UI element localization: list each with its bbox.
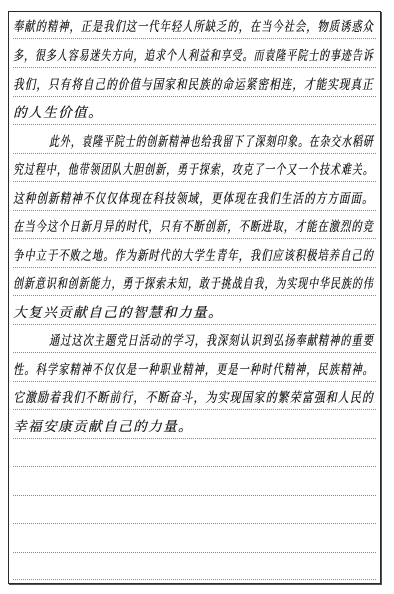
text-line: 的人生价值。 — [13, 102, 376, 125]
line-text: 通过这次主题党日活动的学习，我深刻认识到弘扬奉献精神的重要 — [49, 330, 374, 352]
line-text: 究过程中，他带领团队大胆创新，勇于探索，攻克了一个又一个技术难关。 — [13, 159, 374, 181]
text-line: 性。科学家精神不仅仅是一种职业精神，更是一种时代精神，民族精神。 — [13, 359, 376, 382]
text-line: 究过程中，他带领团队大胆创新，勇于探索，攻克了一个又一个技术难关。 — [13, 159, 376, 182]
line-text: 这种创新精神不仅仅体现在科技领域，更体现在我们生活的方方面面。 — [13, 188, 374, 210]
text-line: 幸福安康贡献自己的力量。 — [13, 416, 376, 439]
line-text: 幸福安康贡献自己的力量。 — [13, 416, 193, 438]
line-text: 创新意识和创新能力，勇于探索未知，敢于挑战自我，为实现中华民族的伟 — [13, 273, 374, 295]
line-text: 它激励着我们不断前行，不断奋斗，为实现国家的繁荣富强和人民的 — [13, 387, 374, 409]
empty-ruled-line — [13, 501, 376, 524]
line-text: 的人生价值。 — [13, 102, 103, 124]
line-text: 我们，只有将自己的价值与国家和民族的命运紧密相连，才能实现真正 — [13, 74, 374, 96]
text-line: 创新意识和创新能力，勇于探索未知，敢于挑战自我，为实现中华民族的伟 — [13, 273, 376, 296]
text-line: 此外，袁隆平院士的创新精神也给我留下了深刻印象。在杂交水稻研 — [13, 131, 376, 154]
text-line: 它激励着我们不断前行，不断奋斗，为实现国家的繁荣富强和人民的 — [13, 387, 376, 410]
text-line: 大复兴贡献自己的智慧和力量。 — [13, 302, 376, 325]
line-text: 大复兴贡献自己的智慧和力量。 — [13, 302, 223, 324]
empty-ruled-line — [13, 473, 376, 496]
empty-ruled-line — [13, 557, 376, 580]
text-line: 在当今这个日新月异的时代，只有不断创新，不断进取，才能在激烈的竞 — [13, 216, 376, 239]
line-text: 在当今这个日新月异的时代，只有不断创新，不断进取，才能在激烈的竞 — [13, 216, 374, 238]
line-text: 多，很多人容易迷失方向，追求个人利益和享受。而袁隆平院士的事迹告诉 — [13, 45, 374, 67]
text-line: 奉献的精神，正是我们这一代年轻人所缺乏的，在当今社会，物质诱惑众 — [13, 16, 376, 39]
line-text: 此外，袁隆平院士的创新精神也给我留下了深刻印象。在杂交水稻研 — [49, 131, 374, 153]
text-line: 通过这次主题党日活动的学习，我深刻认识到弘扬奉献精神的重要 — [13, 330, 376, 353]
text-line: 我们，只有将自己的价值与国家和民族的命运紧密相连，才能实现真正 — [13, 74, 376, 97]
line-text: 奉献的精神，正是我们这一代年轻人所缺乏的，在当今社会，物质诱惑众 — [13, 16, 374, 38]
text-line: 多，很多人容易迷失方向，追求个人利益和享受。而袁隆平院士的事迹告诉 — [13, 45, 376, 68]
line-text: 性。科学家精神不仅仅是一种职业精神，更是一种时代精神，民族精神。 — [13, 359, 374, 381]
text-line: 争中立于不败之地。作为新时代的大学生青年，我们应该积极培养自己的 — [13, 245, 376, 268]
text-line: 这种创新精神不仅仅体现在科技领域，更体现在我们生活的方方面面。 — [13, 188, 376, 211]
empty-ruled-line — [13, 444, 376, 467]
line-text: 争中立于不败之地。作为新时代的大学生青年，我们应该积极培养自己的 — [13, 245, 374, 267]
ruled-paper-sheet: 奉献的精神，正是我们这一代年轻人所缺乏的，在当今社会，物质诱惑众 多，很多人容易… — [8, 11, 381, 584]
empty-ruled-line — [13, 530, 376, 553]
